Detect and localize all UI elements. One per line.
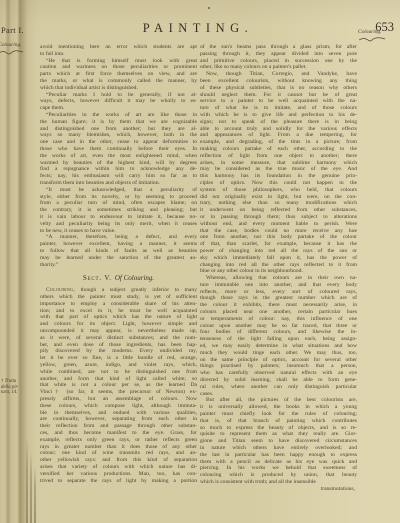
text-line: directed by solid learning, shall be abl… — [200, 377, 357, 384]
text-line: or temperaments of colour: nay, this inf… — [200, 316, 357, 323]
text-line: without end, and every moment liable to … — [200, 221, 357, 228]
text-line: colour upon another may be so far traced… — [200, 323, 357, 330]
text-line: trary, nothing else than so many modific… — [200, 200, 357, 207]
text-line: find a repugnance within him to acknowle… — [40, 166, 197, 173]
text-line: the colour it exhibits, there must neces… — [200, 302, 357, 309]
text-line: sky which immediately fall upon it, has … — [200, 255, 357, 262]
text-line: the works of art, even the most enlighte… — [40, 153, 197, 160]
text-line: reflection of light from one object to a… — [200, 153, 357, 160]
text-line: tion; and to excel in it, he must be wel… — [40, 308, 197, 315]
text-line: these colours, which compose light, alth… — [40, 403, 197, 410]
text-line: the human figure; it is by them that we … — [40, 119, 197, 126]
text-line: changing into red all the other rays ref… — [200, 262, 357, 269]
text-line: others which the painter must study, is … — [40, 294, 197, 301]
text-line: Now, though Titian, Corregio, and Vandyk… — [200, 71, 357, 78]
text-line: pressly affirms, but an assemblage of co… — [40, 396, 197, 403]
text-line: their reflection from and passage throug… — [40, 423, 197, 430]
text-line: system of those philosophers, who held, … — [200, 187, 357, 194]
text-line: been excellent colourists, without knowi… — [200, 78, 357, 85]
text-line: ber, and even dose of those ingredients,… — [40, 342, 197, 349]
left-text-column: avoid mentioning here an error which stu… — [40, 44, 197, 484]
text-line: it is universally allowed, the books in … — [200, 404, 357, 411]
text-line: ed, we may easily determine in what situ… — [200, 343, 357, 350]
text-line: warmed by beauties of the highest kind, … — [40, 160, 197, 167]
text-line: those who have them continually before t… — [40, 146, 197, 153]
text-line: that the case, bodies could no more rece… — [200, 228, 357, 235]
text-line: versified her various productions. Man, … — [40, 471, 197, 478]
scan-speck — [208, 7, 210, 9]
text-line: should neglect them. For it cannot but b… — [200, 92, 357, 99]
text-line: “He that is forming himself must look wi… — [40, 58, 197, 65]
text-line: ture immutable one into another, and tha… — [200, 282, 357, 289]
text-line: and distinguished one from another; but … — [40, 126, 197, 133]
text-line: quisite to represent them as what they r… — [200, 431, 357, 438]
text-line: cases. — [200, 391, 357, 398]
section-number: Sect. V. — [83, 274, 112, 282]
text-line: that is, of that branch of painting whic… — [200, 418, 357, 425]
part-label: Part I. — [1, 25, 24, 35]
text-line: from a peculiar turn of mind, often esca… — [40, 200, 197, 207]
margin-note-right: Colouring. — [358, 29, 398, 43]
margin-note-right-label: Colouring. — [358, 29, 382, 35]
text-line: colour; one kind of wine transmits red r… — [40, 450, 197, 457]
text-line: colours placed near one another, certain… — [200, 309, 357, 316]
text-line: reflects, more or less, every sort of co… — [200, 289, 357, 296]
text-line: making colours partake of each other, ac… — [200, 146, 357, 153]
flourish-icon — [358, 36, 386, 43]
text-line: that white is not a colour per se, as th… — [40, 382, 197, 389]
text-line: the last in particular has been happy en… — [200, 452, 357, 459]
text-line: “It must be acknowledged, that a peculia… — [40, 187, 197, 194]
text-line: and colours for its object. Light, howev… — [40, 321, 197, 328]
text-line: painter must chiefly look for the rules … — [200, 411, 357, 418]
text-line: and primitive colours, placed in success… — [200, 58, 357, 65]
text-line: may be considered as the true music of t… — [200, 166, 357, 173]
text-line: arises that variety of colours with whic… — [40, 464, 197, 471]
text-line: ble in themselves, and endued with vario… — [40, 410, 197, 417]
text-line: painter, however excellent, having a man… — [40, 241, 197, 248]
text-line: But after all, the pictures of the best … — [200, 397, 357, 404]
text-line: blue or any other colour in its neighbou… — [200, 268, 357, 275]
text-line: which is consistent with truth; and all … — [200, 479, 357, 486]
text-line: things practised by painters; insomuch t… — [200, 363, 357, 370]
text-line: passing through it, they appear divided … — [200, 51, 357, 58]
text-line: are continually, however, separating fro… — [40, 416, 197, 423]
page-title: PAINTING. — [40, 21, 356, 36]
text-line: other, like so many colours on a painter… — [200, 64, 357, 71]
text-line: pily discovered by the moderns. Every un… — [40, 348, 197, 355]
binding-edge — [30, 452, 32, 523]
text-line: of the sun's beams pass through a glass … — [200, 44, 357, 51]
text-line: of these physical subtleties, that is no… — [200, 85, 357, 92]
text-line: ciples of optics. Now this could not hap… — [200, 180, 357, 187]
text-line: other yellowish rays: and from this kind… — [40, 457, 197, 464]
text-line: and appearances of light. From a due tem… — [200, 132, 357, 139]
margin-note-left-label: Colouring. — [0, 42, 22, 48]
section-heading: Sect. V.Of Colouring. — [40, 268, 197, 287]
text-line: ture of what he is to imitate, and of th… — [200, 105, 357, 112]
text-line: ces, and thus become manifest to the eye… — [40, 430, 197, 437]
footnote-line: tura, 14. — [1, 390, 37, 396]
text-line: let it be ever so fine, is a little bund… — [40, 355, 197, 362]
margin-note-left: Colouring. — [0, 42, 30, 56]
text-line: on the same principle of optics, account… — [200, 357, 357, 364]
text-line: to fall into. — [40, 51, 197, 58]
footnote-margin-note: † Tratta della pit- tura, 14. — [1, 379, 37, 396]
text-line: velty and peculiarity being its only mer… — [40, 221, 197, 228]
text-line: signs; not to speak of the pleasure ther… — [200, 119, 357, 126]
text-line: cape them. — [40, 105, 197, 112]
text-line: or in passing through them; thus subject… — [200, 214, 357, 221]
text-line: ways, defects, however difficult it may … — [40, 98, 197, 105]
catchword: transmutations, — [200, 486, 357, 493]
text-line: piercing. In his works we behold that sw… — [200, 465, 357, 472]
text-line: them with a pencil as delicate as his ey… — [200, 459, 357, 466]
text-line: importance to employ a considerable shar… — [40, 301, 197, 308]
text-line: while combined, are not to be distinguis… — [40, 369, 197, 376]
text-line: Vinci† (so far, it seems, the precursor … — [40, 389, 197, 396]
text-line: “A manner, therefore, being a defect, an… — [40, 234, 197, 241]
text-line: transform them into beauties and objects… — [40, 180, 197, 187]
text-line: example, reflects only green rays, or ra… — [40, 437, 197, 444]
text-line: arises, in some measure, that sublime ha… — [200, 160, 357, 167]
text-line: Whereas, allowing that colours are in th… — [200, 275, 357, 282]
book-page: Part I. PAINTING. 653 Colouring. Colouri… — [0, 0, 400, 523]
text-line: fects; nay, his enthusiasm will carry hi… — [40, 173, 197, 180]
text-line: tenseness of the light falling upon each… — [200, 336, 357, 343]
text-line: able to account truly and solidly for th… — [200, 126, 357, 133]
smallcaps-word: Colouring, — [46, 287, 75, 293]
text-line: ral rules, where another can only distin… — [200, 384, 357, 391]
flourish-icon — [0, 49, 24, 56]
text-line: caution and wariness on those peculiarit… — [40, 64, 197, 71]
text-line: may be learned under the sanction of the… — [40, 255, 197, 262]
text-line: four bodies of different colours, and li… — [200, 329, 357, 336]
text-line: “Peculiar marks I hold to be generally, … — [40, 92, 197, 99]
text-line: it is vain labour to endeavour to imitat… — [40, 214, 197, 221]
text-line: as it were, of several distinct substanc… — [40, 335, 197, 342]
text-line: of that, than scarlet, for example, beca… — [200, 241, 357, 248]
text-line: avoid mentioning here an error which stu… — [40, 44, 197, 51]
text-line: “Peculiarities in the works of art are l… — [40, 112, 197, 119]
text-line: service to a painter to be well acquaint… — [200, 98, 357, 105]
right-text-column: of the sun's beams pass through a glass … — [200, 44, 357, 493]
text-line: another, and form that kind of light cal… — [40, 376, 197, 383]
text-line: one from another, nor this body partake … — [200, 234, 357, 241]
text-line: yellow, green, azure, indigo, and violet… — [40, 362, 197, 369]
text-line: Colouring, though a subject greatly infe… — [40, 287, 197, 294]
section-title: Of Colouring. — [115, 274, 154, 282]
text-line: though those rays in the greatest number… — [200, 295, 357, 302]
text-line: with which he is to give life and perfec… — [200, 112, 357, 119]
text-line: example, and degrading, of the tints in … — [200, 139, 357, 146]
text-line: colouring which is produced by union, th… — [200, 472, 357, 479]
text-line: rays in greater number than it does thos… — [40, 444, 197, 451]
text-line: parts which at first force themselves on… — [40, 71, 197, 78]
text-line: ways so many blemishes, which, however, … — [40, 132, 197, 139]
text-line: the marks, or what is commonly called th… — [40, 78, 197, 85]
text-line: the contrary, it is sometimes striking a… — [40, 207, 197, 214]
text-line: one case and in the other, cease to appe… — [40, 139, 197, 146]
text-line: which that individual artist is distingu… — [40, 85, 197, 92]
text-line: trived to separate the rays of light by … — [40, 478, 197, 485]
text-line: to be new, it ceases to have value. — [40, 228, 197, 235]
text-line: who has carefully observed natural effec… — [200, 370, 357, 377]
text-line: thority.” — [40, 262, 197, 269]
text-line: it underwent on being reflected from oth… — [200, 207, 357, 214]
text-line: this harmony has its foundation in the g… — [200, 173, 357, 180]
text-line: much they would tinge each other. We may… — [200, 350, 357, 357]
text-line: with that part of optics which has the n… — [40, 314, 197, 321]
text-line: style, either from its novelty, or by se… — [40, 194, 197, 201]
text-line: uncompounded it may appear, is neverthel… — [40, 328, 197, 335]
text-line: so much to express the beauty of objects… — [200, 425, 357, 432]
binding-edge — [34, 466, 36, 523]
text-line: to follow that all kinds of faults as we… — [40, 248, 197, 255]
text-line: gione and Titian seem to have discovered… — [200, 438, 357, 445]
text-line: did not originally exist in light, but w… — [200, 194, 357, 201]
text-line: power of changing into red all the rays … — [200, 248, 357, 255]
text-line: in nature which others have entirely ove… — [200, 445, 357, 452]
binding-edge — [26, 438, 28, 523]
